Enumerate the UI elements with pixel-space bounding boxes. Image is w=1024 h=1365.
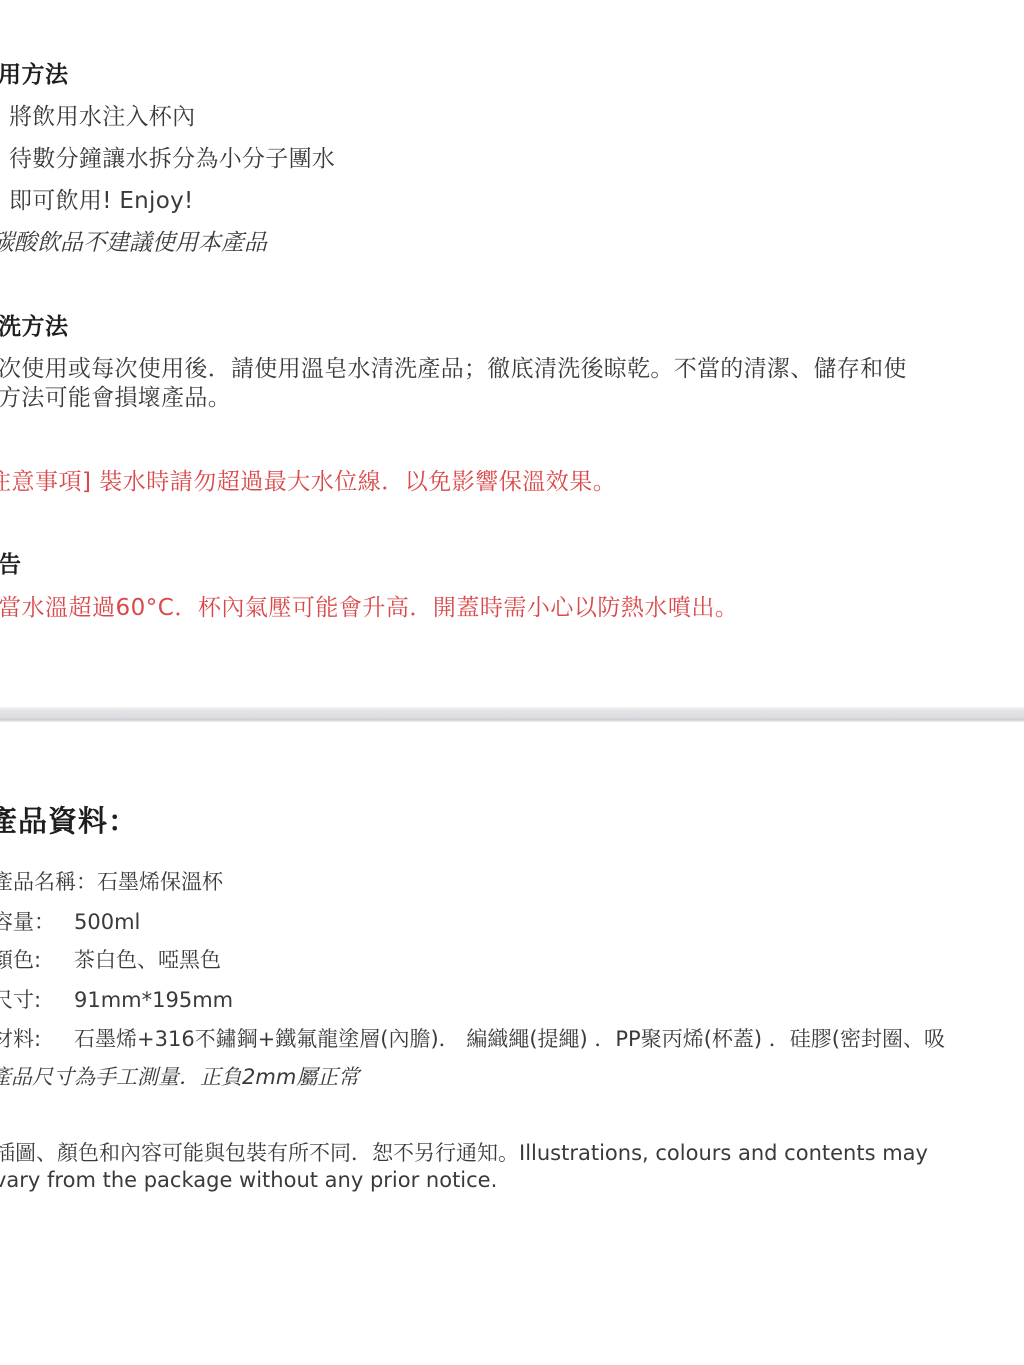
section-divider bbox=[0, 707, 1024, 722]
spec-label: 顏色: bbox=[0, 944, 74, 974]
usage-step-3: 即可飲用! Enjoy! bbox=[9, 182, 194, 215]
spec-value: 石墨烯+316不鏽鋼+鐵氟龍塗層(內膽)． 編織繩(提繩) ．PP聚丙烯(杯蓋)… bbox=[74, 1023, 945, 1053]
spec-label: 容量： bbox=[0, 906, 74, 936]
size-note: 產品尺寸為手工測量．正負2mm屬正常 bbox=[0, 1061, 359, 1091]
spec-label: 產品名稱： bbox=[0, 866, 97, 896]
spec-value: 91mm*195mm bbox=[74, 988, 233, 1012]
spec-value: 茶白色、啞黑色 bbox=[74, 944, 221, 974]
spec-row-name: 產品名稱：石墨烯保溫杯 bbox=[0, 866, 223, 896]
usage-step-2: 待數分鐘讓水拆分為小分子團水 bbox=[9, 140, 335, 173]
disclaimer-line-1: 插圖、顏色和內容可能與包裝有所不同．恕不另行通知。Illustrations, … bbox=[0, 1140, 1024, 1167]
caution-text: 注意事項] 裝水時請勿超過最大水位線．以免影響保溫效果。 bbox=[0, 463, 616, 496]
cleaning-heading: 洗方法 bbox=[0, 308, 69, 341]
spec-label: 尺寸: bbox=[0, 984, 74, 1014]
spec-row-color: 顏色:茶白色、啞黑色 bbox=[0, 944, 221, 974]
spec-value: 石墨烯保溫杯 bbox=[97, 866, 223, 896]
warning-heading: 告 bbox=[0, 546, 22, 579]
usage-note: 碳酸飲品不建議使用本產品 bbox=[0, 224, 267, 257]
spec-row-capacity: 容量：500ml bbox=[0, 906, 140, 936]
cleaning-text-line-2: 方法可能會損壞產品。 bbox=[0, 379, 231, 412]
product-info-title: 產品資料： bbox=[0, 799, 138, 840]
warning-text: 當水溫超過60°C．杯內氣壓可能會升高．開蓋時需小心以防熱水噴出。 bbox=[0, 589, 738, 622]
spec-row-size: 尺寸:91mm*195mm bbox=[0, 984, 233, 1014]
usage-heading: 用方法 bbox=[0, 56, 69, 89]
spec-label: 材料: bbox=[0, 1023, 74, 1053]
usage-step-1: 將飲用水注入杯內 bbox=[9, 98, 195, 131]
disclaimer: 插圖、顏色和內容可能與包裝有所不同．恕不另行通知。Illustrations, … bbox=[0, 1140, 1024, 1194]
spec-row-material: 材料:石墨烯+316不鏽鋼+鐵氟龍塗層(內膽)． 編織繩(提繩) ．PP聚丙烯(… bbox=[0, 1023, 945, 1053]
spec-value: 500ml bbox=[74, 910, 140, 934]
disclaimer-line-2: vary from the package without any prior … bbox=[0, 1167, 1024, 1194]
